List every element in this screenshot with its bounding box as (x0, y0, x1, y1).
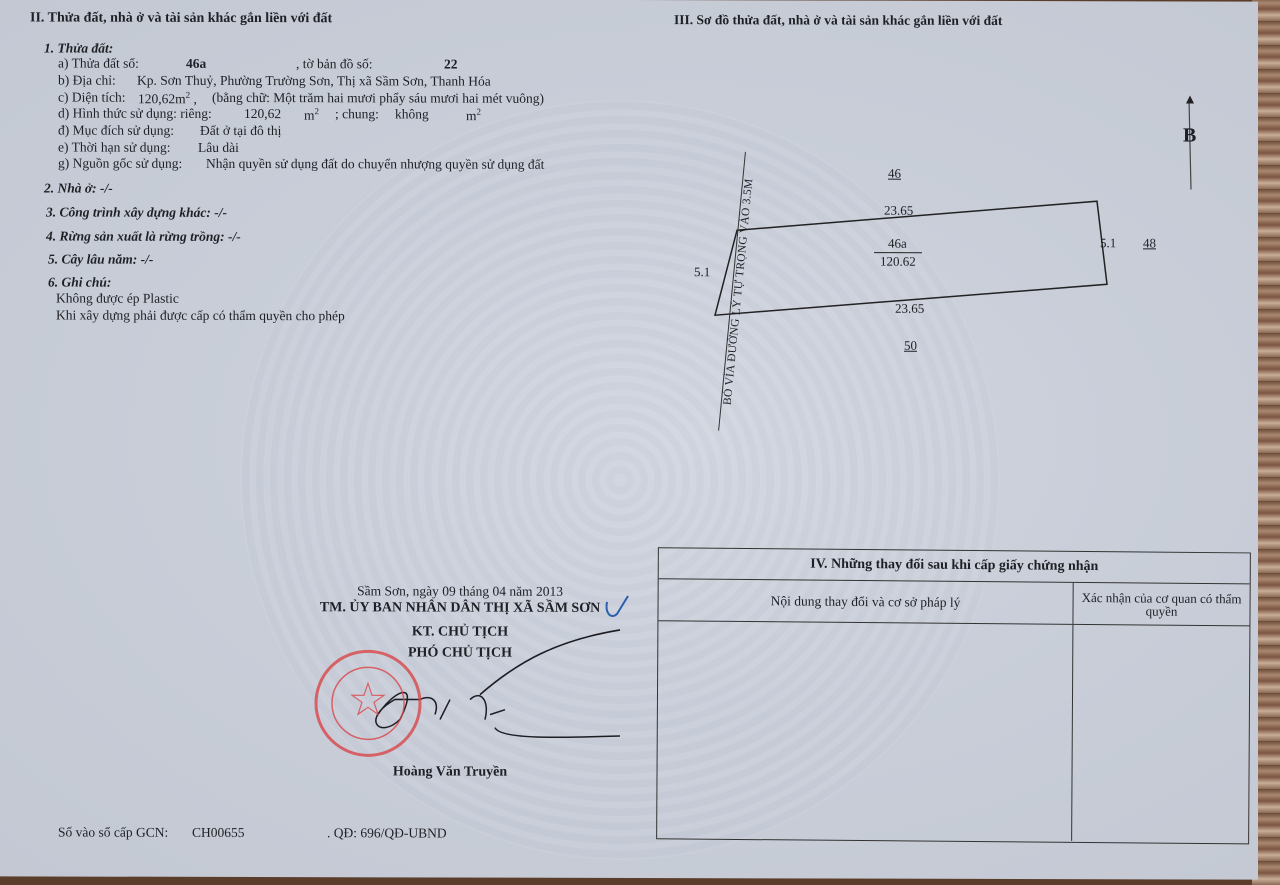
signer-role-2: PHÓ CHỦ TỊCH (260, 645, 660, 662)
parcel-id: 46a (888, 236, 907, 252)
issuing-org: TM. ỦY BAN NHÂN DÂN THỊ XÃ SẦM SƠN (260, 600, 660, 617)
register-value: CH00655 (192, 825, 245, 841)
bottom-edge-length: 23.65 (895, 301, 924, 317)
column-header-confirmation: Xác nhận của cơ quan có thẩm quyền (1073, 583, 1249, 626)
north-label: B (1183, 124, 1196, 147)
right-edge-length: 5.1 (1100, 235, 1116, 251)
signer-name: Hoàng Văn Truyền (250, 764, 650, 781)
neighbor-north: 46 (888, 166, 901, 182)
neighbor-south: 50 (904, 338, 917, 354)
star-icon (352, 683, 384, 714)
official-seal (316, 651, 420, 755)
register-label: Số vào sổ cấp GCN: (58, 825, 168, 841)
top-edge-length: 23.65 (884, 203, 913, 219)
changes-table: IV. Những thay đổi sau khi cấp giấy chứn… (656, 547, 1251, 844)
north-arrow-icon (1186, 95, 1194, 103)
changes-cell (657, 621, 1073, 841)
section-4-title: IV. Những thay đổi sau khi cấp giấy chứn… (659, 548, 1250, 584)
decision-number: . QĐ: 696/QĐ-UBND (327, 825, 447, 841)
column-header-changes: Nội dung thay đổi và cơ sở pháp lý (658, 579, 1073, 624)
signer-role-1: KT. CHỦ TỊCH (260, 624, 660, 641)
left-edge-length: 5.1 (694, 264, 710, 280)
place-date: Sầm Sơn, ngày 09 tháng 04 năm 2013 (260, 583, 660, 600)
neighbor-east: 48 (1143, 235, 1156, 251)
certificate-page: II. Thửa đất, nhà ở và tài sản khác gắn … (0, 0, 1258, 880)
parcel-area: 120.62 (880, 254, 916, 270)
